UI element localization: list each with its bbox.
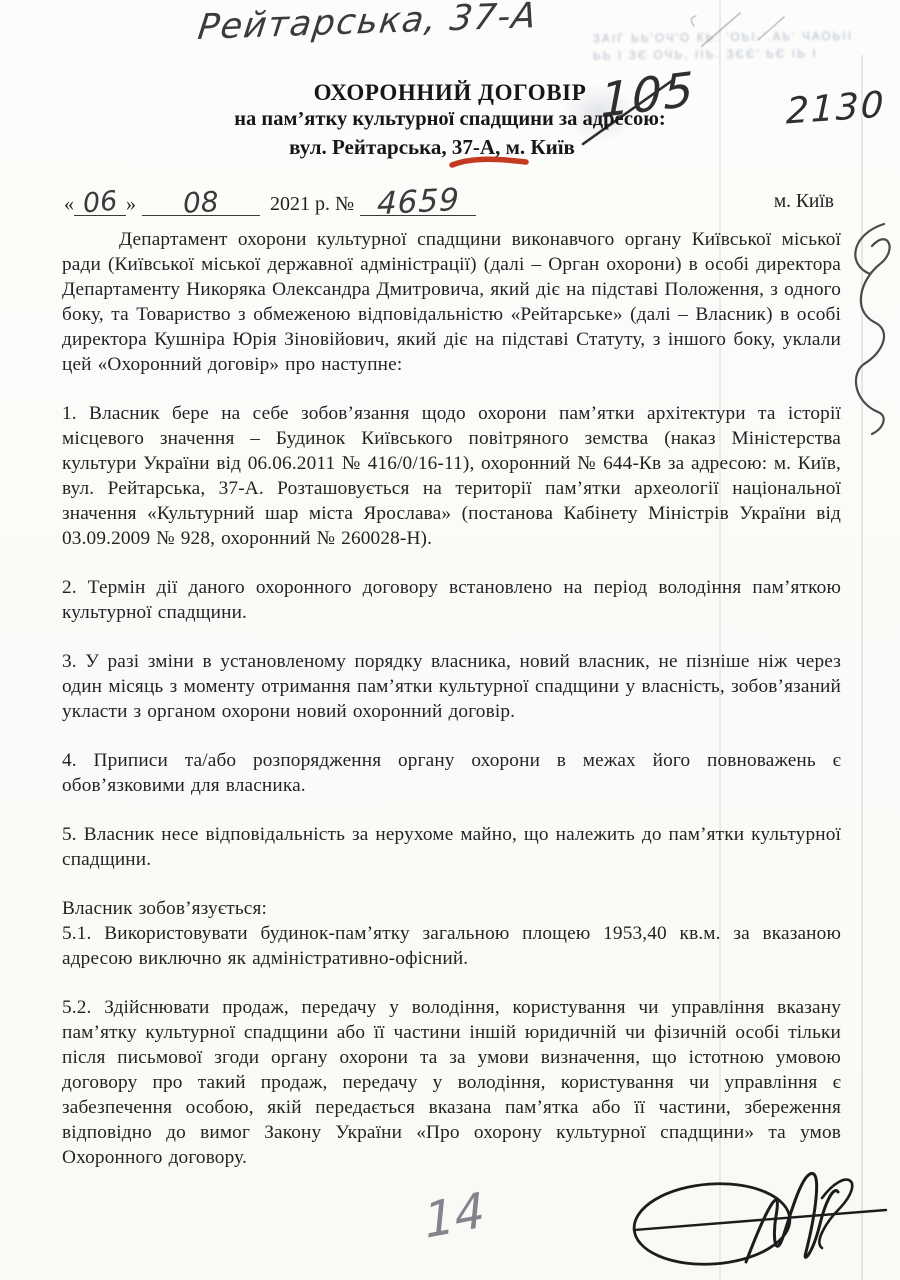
paragraph-4: 3. У разі зміни в установленому порядку … bbox=[62, 649, 841, 724]
handwritten-doc-number: 4659 bbox=[376, 182, 460, 222]
paragraph-7: Власник зобов’язується: bbox=[62, 896, 841, 921]
handwritten-day: 06 bbox=[82, 186, 119, 220]
city-label: м. Київ bbox=[774, 191, 834, 213]
margin-handwriting-scribble bbox=[826, 212, 900, 447]
pencil-marks bbox=[688, 4, 888, 56]
handwritten-address-note: Рейтарська, 37-А bbox=[196, 0, 540, 48]
paragraph-5: 4. Приписи та/або розпорядження органу о… bbox=[62, 748, 841, 798]
title-line-3: вул. Рейтарська, 37-А, м. Київ bbox=[0, 135, 882, 160]
quote-open: « bbox=[64, 193, 74, 215]
signature-scribble bbox=[626, 1164, 894, 1278]
paragraph-8: 5.1. Використовувати будинок-пам’ятку за… bbox=[62, 921, 841, 971]
date-line: «06»082021 р. №4659 bbox=[64, 179, 476, 216]
document-title: ОХОРОННИЙ ДОГОВІР на пам’ятку культурної… bbox=[0, 80, 900, 160]
quote-close: » bbox=[126, 193, 136, 215]
paragraph-1: Департамент охорони культурної спадщини … bbox=[62, 227, 841, 377]
paragraph-2: 1. Власник бере на себе зобов’язання щод… bbox=[62, 401, 841, 551]
date-printed-text: 2021 р. № bbox=[270, 193, 354, 215]
paragraph-9: 5.2. Здійснювати продаж, передачу у воло… bbox=[62, 995, 841, 1170]
handwritten-month: 08 bbox=[182, 185, 219, 220]
scanned-document-page: Рейтарська, 37-А ЗАІГ ЬЬ'ОЧ'О КЬ: 'ОЬІ-'… bbox=[0, 0, 900, 1280]
red-underline-annotation bbox=[448, 153, 532, 173]
paragraph-3: 2. Термін дії даного охоронного договору… bbox=[62, 575, 841, 625]
paragraph-6: 5. Власник несе відповідальність за неру… bbox=[62, 822, 841, 872]
document-text: Департамент охорони культурної спадщини … bbox=[62, 227, 841, 1194]
handwritten-page-number: 14 bbox=[422, 1182, 487, 1250]
title-line-1: ОХОРОННИЙ ДОГОВІР bbox=[0, 80, 900, 106]
title-line-2: на пам’ятку культурної спадщини за адрес… bbox=[0, 108, 900, 131]
